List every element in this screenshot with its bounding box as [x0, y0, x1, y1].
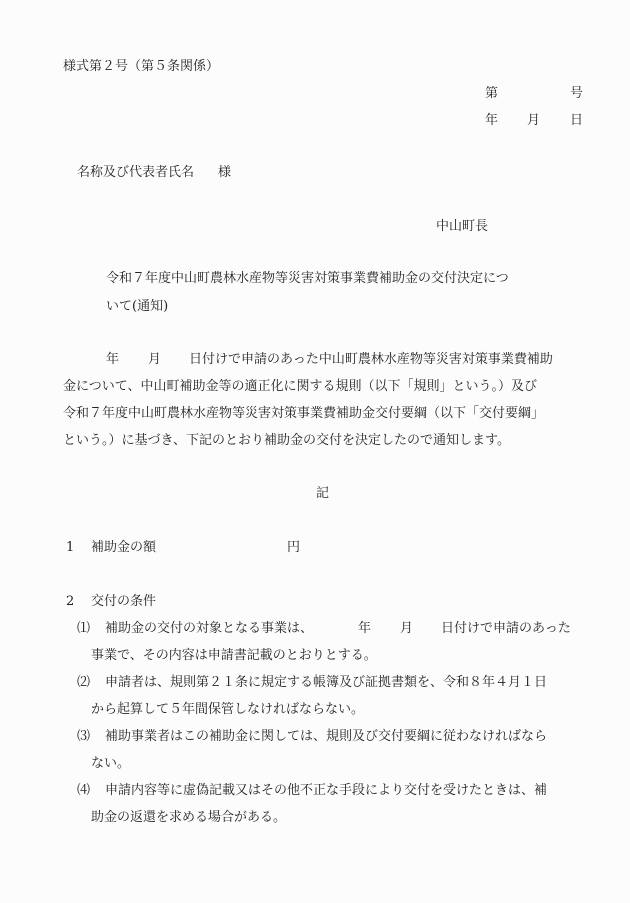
- condition-item-number: ⑶: [77, 730, 90, 743]
- section2-label: 交付の条件: [91, 595, 156, 608]
- body-month-label: 月: [148, 353, 161, 366]
- condition-item-number: ⑷: [77, 784, 90, 797]
- date-year-label: 年: [485, 114, 498, 127]
- form-label: 様式第２号（第５条関係）: [63, 60, 219, 73]
- section1-number: 1: [66, 541, 74, 554]
- document-number-prefix: 第: [485, 87, 498, 100]
- notice-title-line2: いて(通知): [106, 300, 168, 313]
- condition-item-3-line2: ない。: [91, 757, 130, 770]
- section2-number: 2: [66, 595, 74, 608]
- body-line4: という。）に基づき、下記のとおり補助金の交付を決定したので通知します。: [63, 434, 510, 447]
- condition-item-2-line2: から起算して５年間保管しなければならない。: [91, 703, 364, 716]
- condition-item-number: ⑵: [77, 676, 90, 689]
- body-year-label: 年: [106, 353, 119, 366]
- condition-item-4-line2: 助金の返還を求める場合がある。: [91, 811, 286, 824]
- body-line1: 日付けで申請のあった中山町農林水産物等災害対策事業費補助: [189, 353, 553, 366]
- condition-item-3-line1: 補助事業者はこの補助金に関しては、規則及び交付要綱に従わなければなら: [105, 730, 547, 743]
- condition-item-2-line1: 申請者は、規則第２１条に規定する帳簿及び証拠書類を、令和８年４月１日: [105, 676, 547, 689]
- date-day-label: 日: [570, 114, 583, 127]
- document-number-suffix: 号: [570, 87, 583, 100]
- addressee-label: 名称及び代表者氏名: [77, 166, 194, 179]
- notice-title-line1: 令和７年度中山町農林水産物等災害対策事業費補助金の交付決定につ: [106, 272, 509, 285]
- date-month-label: 月: [527, 114, 540, 127]
- condition-item-1-line2: 事業で、その内容は申請書記載のとおりとする。: [91, 649, 377, 662]
- condition-item-1-month: 月: [400, 622, 413, 635]
- section1-label: 補助金の額: [91, 541, 156, 554]
- condition-item-1-line1-rest: 日付けで申請のあった: [441, 622, 571, 635]
- ki-heading: 記: [316, 487, 329, 500]
- condition-item-1-line1: 補助金の交付の対象となる事業は、: [105, 622, 313, 635]
- condition-item-4-line1: 申請内容等に虚偽記載又はその他不正な手段により交付を受けたときは、補: [105, 784, 547, 797]
- body-line2: 金について、中山町補助金等の適正化に関する規則（以下「規則」という。）及び: [63, 380, 537, 393]
- condition-item-1-year: 年: [358, 622, 371, 635]
- addressee-honorific: 様: [218, 166, 231, 179]
- section1-unit: 円: [287, 541, 300, 554]
- sender-name: 中山町長: [436, 220, 488, 233]
- condition-item-number: ⑴: [77, 622, 90, 635]
- body-line3: 令和７年度中山町農林水産物等災害対策事業費補助金交付要綱（以下「交付要綱」: [63, 407, 544, 420]
